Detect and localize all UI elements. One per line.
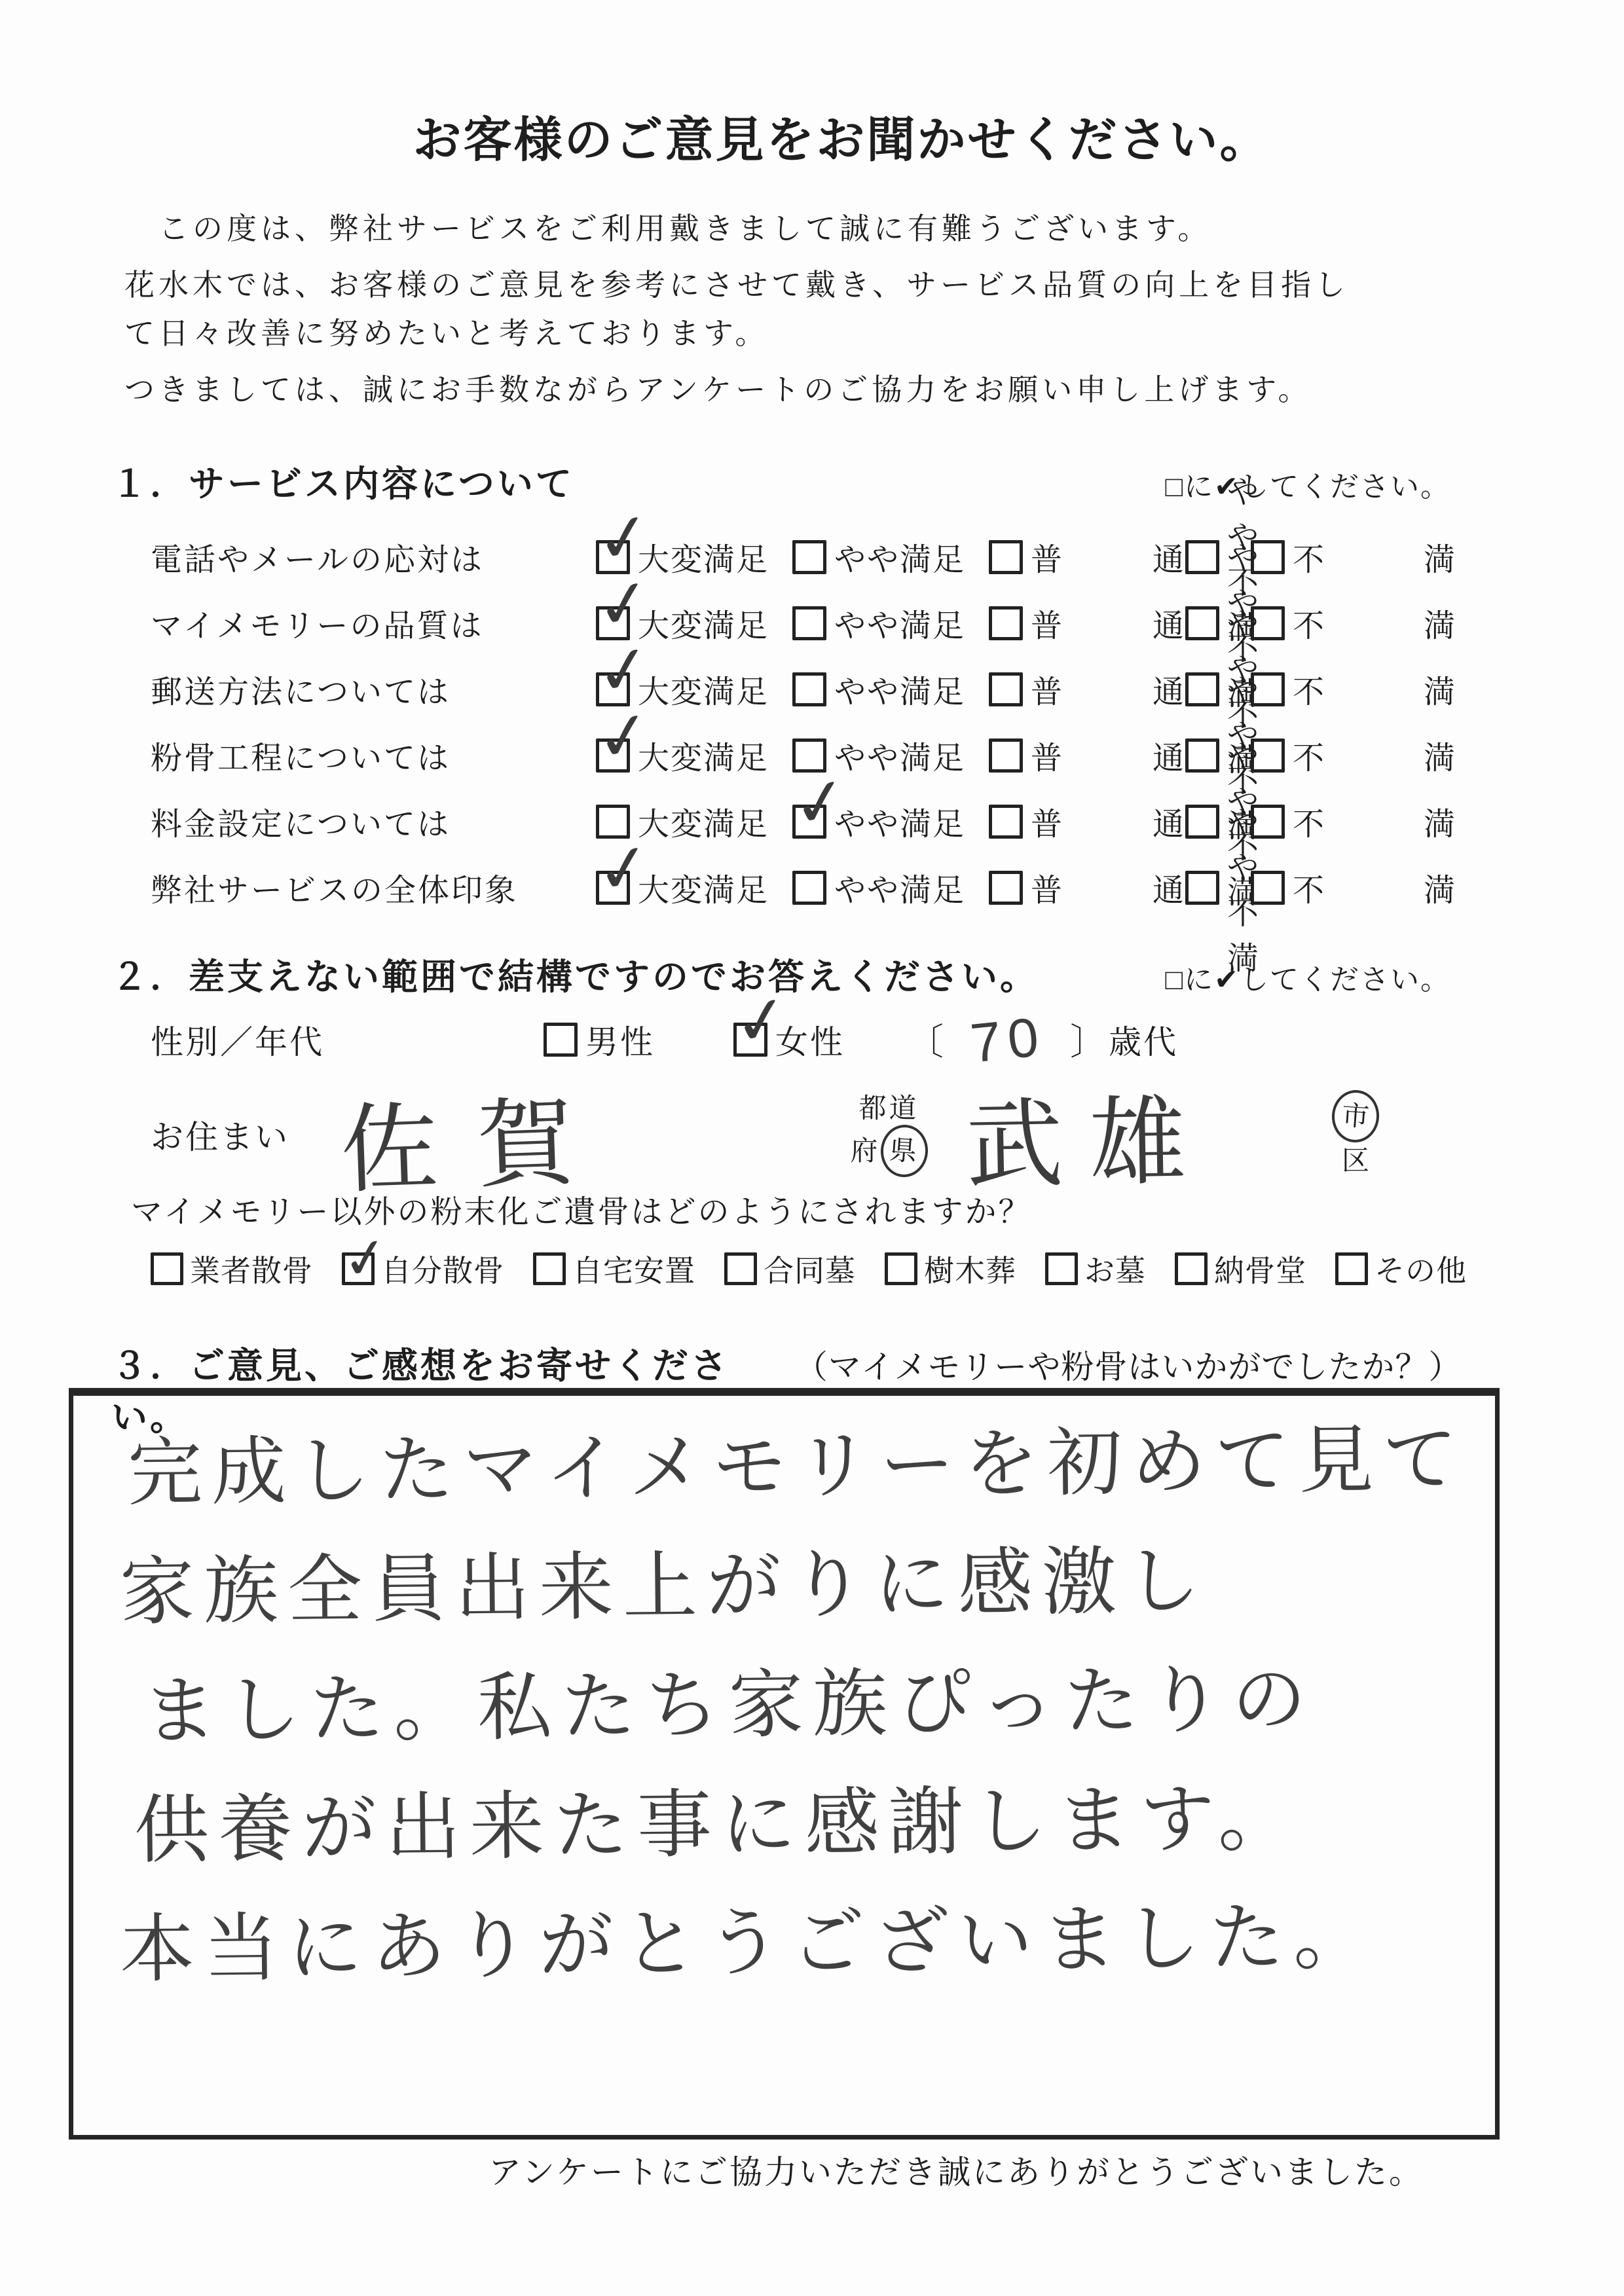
disposal-option-label: お墓 — [1084, 1247, 1146, 1290]
section2-header: ２．差支えない範囲で結構ですのでお答えください。 □に✔してください。 — [111, 948, 1450, 1000]
rating-option-label: 不 — [1293, 666, 1325, 712]
rating-checkbox[interactable] — [792, 540, 826, 574]
footer-thanks: アンケートにご協力いただき誠にありがとうございました。 — [0, 2146, 1624, 2193]
intro-line: て日々改善に努めたいと考えております。 — [124, 309, 1513, 357]
disposal-checkbox[interactable] — [885, 1252, 917, 1285]
intro-line: この度は、弊社サービスをご利用戴きまして誠に有難うございます。 — [124, 204, 1513, 253]
rating-checkbox[interactable] — [792, 738, 826, 773]
ku-char: 区 — [1342, 1142, 1369, 1179]
rating-checkbox[interactable] — [596, 805, 630, 839]
disposal-checkbox[interactable] — [1335, 1252, 1368, 1285]
rating-checkbox[interactable] — [989, 805, 1023, 839]
rating-option: 普 — [989, 865, 1054, 910]
rating-option: 不 — [1251, 534, 1325, 579]
shi-char: 市 — [1340, 1097, 1371, 1136]
disposal-option: 業者散骨 — [151, 1247, 313, 1290]
rating-row: 粉骨工程については✓大変満足やや満足普通やや不満不満 — [151, 722, 1611, 788]
section1-heading: １．サービス内容について — [111, 455, 574, 507]
disposal-checkbox[interactable]: ✓ — [342, 1252, 375, 1285]
male-checkbox[interactable] — [544, 1023, 578, 1057]
rating-option: 普 — [989, 666, 1054, 712]
circled-ken: 県 — [879, 1123, 929, 1179]
rating-option: ✓大変満足 — [596, 534, 792, 579]
disposal-question: マイメモリー以外の粉末化ご遺骨はどのようにされますか？ — [131, 1186, 1032, 1231]
disposal-option: お墓 — [1045, 1247, 1146, 1290]
female-option: ✓ 女性 — [733, 1016, 907, 1063]
address-row: お住まい 佐賀 都道 府 県 武雄 市 区 — [151, 1079, 1559, 1190]
rating-option-label: 大変満足 — [638, 666, 769, 712]
rating-checkbox[interactable]: ✓ — [596, 540, 630, 574]
rating-option-label: やや満足 — [834, 799, 965, 844]
rating-checkbox[interactable] — [1185, 871, 1219, 905]
disposal-option-label: 業者散骨 — [190, 1247, 313, 1290]
rating-row-label: 弊社サービスの全体印象 — [151, 865, 596, 910]
fu-char: 府 — [850, 1135, 880, 1167]
rating-option: ✓大変満足 — [596, 600, 792, 646]
section3-note: （マイメモリーや粉骨はいかがでしたか？） — [795, 1341, 1450, 1388]
gender-age-label: 性別／年代 — [151, 1016, 544, 1063]
disposal-option-label: その他 — [1375, 1247, 1467, 1290]
rating-option-label: 不 — [1293, 600, 1325, 646]
disposal-checkbox[interactable] — [1045, 1252, 1078, 1285]
rating-option-label: 大変満足 — [638, 600, 769, 646]
rating-option-label: 通 — [1153, 600, 1185, 646]
rating-option-label: 普 — [1031, 666, 1063, 712]
survey-scan-page: お客様のご意見をお聞かせください。 この度は、弊社サービスをご利用戴きまして誠に… — [0, 0, 1624, 2296]
service-rating-table: 電話やメールの応対は✓大変満足やや満足普通やや不満不満マイメモリーの品質は✓大変… — [151, 524, 1611, 920]
rating-option: ✓大変満足 — [596, 666, 792, 712]
female-checkbox[interactable]: ✓ — [733, 1023, 767, 1057]
rating-checkbox[interactable]: ✓ — [596, 738, 630, 773]
age-bracket-open: 〔 — [907, 1013, 946, 1066]
rating-option: やや満足 — [792, 733, 989, 778]
comments-box: 完成したマイメモリーを初めて見て家族全員出来上がりに感激しました。私たち家族ぴっ… — [69, 1388, 1500, 2140]
disposal-option: 自宅安置 — [533, 1247, 695, 1290]
disposal-option: 樹木葬 — [885, 1247, 1016, 1290]
page-title: お客様のご意見をお聞かせください。 — [0, 101, 1624, 171]
rating-checkbox[interactable]: ✓ — [596, 871, 630, 905]
prefecture-suffix-stack: 都道 府 県 — [812, 1092, 966, 1177]
rating-option: 不 — [1251, 666, 1325, 712]
rating-option: 普 — [989, 534, 1054, 579]
rating-row: 電話やメールの応対は✓大変満足やや満足普通やや不満不満 — [151, 524, 1611, 590]
rating-option-label: 大変満足 — [638, 733, 769, 778]
rating-option-label: 普 — [1031, 733, 1063, 778]
rating-option-label: 不 — [1293, 865, 1325, 910]
rating-checkbox[interactable] — [792, 871, 826, 905]
rating-row-label: 粉骨工程については — [151, 733, 596, 778]
rating-option: 不 — [1251, 865, 1325, 910]
rating-option-label: 大変満足 — [638, 865, 769, 910]
rating-option-label: 満 — [1424, 666, 1456, 712]
rating-option-label: やや満足 — [834, 666, 965, 712]
rating-row: マイメモリーの品質は✓大変満足やや満足普通やや不満不満 — [151, 590, 1611, 656]
disposal-option: ✓自分散骨 — [342, 1247, 504, 1290]
disposal-options-row: 業者散骨✓自分散骨自宅安置合同墓樹木葬お墓納骨堂その他 — [151, 1243, 1611, 1295]
rating-option: ✓大変満足 — [596, 865, 792, 910]
rating-row-label: 電話やメールの応対は — [151, 534, 596, 579]
rating-option: 普 — [989, 733, 1054, 778]
rating-option: やや満足 — [792, 666, 989, 712]
rating-row-label: マイメモリーの品質は — [151, 600, 596, 646]
rating-checkbox[interactable] — [989, 606, 1023, 640]
rating-option: 普 — [989, 600, 1054, 646]
disposal-option-label: 樹木葬 — [924, 1247, 1016, 1290]
rating-option: 不 — [1251, 733, 1325, 778]
disposal-option: 納骨堂 — [1175, 1247, 1306, 1290]
rating-checkbox[interactable] — [1251, 871, 1285, 905]
rating-checkbox[interactable] — [989, 540, 1023, 574]
rating-option-label: 満 — [1424, 733, 1456, 778]
rating-option-label: 通 — [1153, 666, 1185, 712]
rating-option-label: 普 — [1031, 534, 1063, 579]
rating-checkbox[interactable] — [989, 871, 1023, 905]
disposal-option-label: 納骨堂 — [1214, 1247, 1306, 1290]
rating-option: やや満足 — [792, 534, 989, 579]
rating-option-label: 通 — [1153, 534, 1185, 579]
disposal-option: その他 — [1335, 1247, 1467, 1290]
ken-char: 県 — [888, 1133, 920, 1168]
rating-checkbox[interactable] — [792, 606, 826, 640]
disposal-option-label: 自宅安置 — [572, 1247, 695, 1290]
handwritten-comment-line: 家族全員出来上がりに感激し — [119, 1519, 1470, 1652]
rating-row-label: 郵送方法については — [151, 666, 596, 712]
rating-row-label: 料金設定については — [151, 799, 596, 844]
disposal-checkbox[interactable] — [151, 1252, 183, 1285]
rating-option-label: 不 — [1293, 733, 1325, 778]
handwritten-city: 武雄 — [965, 1062, 1327, 1207]
rating-row: 郵送方法については✓大変満足やや満足普通やや不満不満 — [151, 656, 1611, 722]
male-option: 男性 — [544, 1016, 733, 1063]
rating-option-label: 満 — [1424, 799, 1456, 844]
todofu-top: 都道 — [858, 1092, 919, 1125]
rating-option: やや満足 — [792, 865, 989, 910]
rating-option: 普 — [989, 799, 1054, 844]
address-label: お住まい — [151, 1111, 341, 1158]
rating-option-label: 通 — [1153, 733, 1185, 778]
handwritten-comment-line: 本当にありがとうございました。 — [119, 1876, 1470, 2010]
intro-line: 花水木では、お客様のご意見を参考にさせて戴き、サービス品質の向上を目指し — [124, 261, 1513, 309]
male-label: 男性 — [585, 1016, 655, 1063]
rating-option-label: 満 — [1424, 534, 1456, 579]
rating-option-label: 大変満足 — [638, 799, 769, 844]
circled-shi: 市 — [1330, 1089, 1380, 1144]
rating-option-label: 満 — [1424, 600, 1456, 646]
rating-checkbox[interactable] — [989, 672, 1023, 706]
rating-option: 大変満足 — [596, 799, 792, 844]
rating-option-label: 不 — [1293, 799, 1325, 844]
section2-heading: ２．差支えない範囲で結構ですのでお答えください。 — [111, 948, 1039, 1000]
age-suffix: 歳代 — [1109, 1016, 1178, 1063]
rating-option-label: やや満足 — [834, 733, 965, 778]
disposal-option-label: 自分散骨 — [381, 1247, 504, 1290]
rating-checkbox[interactable] — [792, 672, 826, 706]
check-instruction: □に✔してください。 — [1166, 956, 1450, 998]
rating-option: ✓大変満足 — [596, 733, 792, 778]
rating-option: 不 — [1251, 799, 1325, 844]
city-suffix-stack: 市 区 — [1326, 1090, 1385, 1179]
female-label: 女性 — [775, 1016, 845, 1063]
rating-option-label: 普 — [1031, 865, 1063, 910]
rating-option-label: 通 — [1153, 799, 1185, 844]
gender-age-row: 性別／年代 男性 ✓ 女性 〔 70 〕 歳代 — [151, 1013, 1526, 1066]
disposal-checkbox[interactable] — [533, 1252, 566, 1285]
rating-option: 不 — [1251, 600, 1325, 646]
rating-option-label: 普 — [1031, 799, 1063, 844]
intro-line: つきましては、誠にお手数ながらアンケートのご協力をお願い申し上げます。 — [124, 365, 1513, 414]
rating-checkbox[interactable]: ✓ — [792, 805, 826, 839]
handwritten-comment-line: 供養が出来た事に感謝します。 — [134, 1758, 1470, 1891]
disposal-checkbox[interactable] — [724, 1252, 757, 1285]
rating-option-label: やや満足 — [834, 534, 965, 579]
rating-checkbox[interactable] — [989, 738, 1023, 773]
rating-checkbox[interactable]: ✓ — [596, 606, 630, 640]
intro-paragraphs: この度は、弊社サービスをご利用戴きまして誠に有難うございます。 花水木では、お客… — [124, 204, 1513, 414]
handwritten-comment-line: ました。私たち家族ぴったりの — [141, 1639, 1470, 1772]
rating-row: 料金設定については大変満足✓やや満足普通やや不満不満 — [151, 788, 1611, 854]
rating-option-label: 大変満足 — [638, 534, 769, 579]
disposal-option-label: 合同墓 — [764, 1247, 856, 1290]
rating-option: ✓やや満足 — [792, 799, 989, 844]
disposal-option: 合同墓 — [724, 1247, 856, 1290]
rating-option: やや満足 — [792, 600, 989, 646]
rating-option-label: 不 — [1293, 534, 1325, 579]
rating-option-label: 普 — [1031, 600, 1063, 646]
handwritten-comment-line: 完成したマイメモリーを初めて見て — [127, 1400, 1470, 1533]
age-bracket-close: 〕 — [1070, 1013, 1109, 1066]
rating-checkbox[interactable]: ✓ — [596, 672, 630, 706]
rating-option-label: 通 — [1153, 865, 1185, 910]
rating-option-label: やや満足 — [834, 865, 965, 910]
rating-row: 弊社サービスの全体印象✓大変満足やや満足普通やや不満不満 — [151, 854, 1611, 920]
rating-option-label: 満 — [1424, 865, 1456, 910]
disposal-checkbox[interactable] — [1175, 1252, 1208, 1285]
rating-option-label: やや満足 — [834, 600, 965, 646]
